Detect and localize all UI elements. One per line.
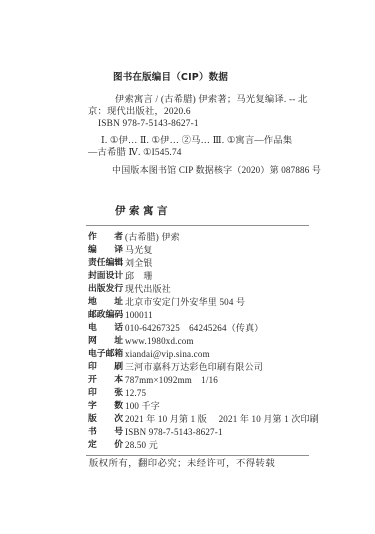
cip-block: 图书在版编目（CIP）数据 伊索寓言 / (古希腊) 伊索著；马光复编译. --…	[88, 72, 314, 176]
cip-isbn: ISBN 978-7-5143-8627-1	[88, 118, 314, 130]
colophon-label: 封面设计	[88, 270, 123, 283]
copyright-notice: 版权所有，翻印必究；未经许可，不得转载	[89, 458, 275, 471]
book-title: 伊索寓言	[88, 205, 171, 218]
colophon-row-author: 作者 (古希腊) 伊索	[88, 231, 314, 244]
colophon-value: 三河市嘉科万达彩色印刷有限公司	[125, 361, 314, 374]
colophon-label: 印张	[88, 387, 123, 400]
colophon-value: xiandai@vip.sina.com	[125, 348, 314, 361]
colophon-label: 开本	[88, 374, 123, 387]
colophon-label: 电子邮箱	[88, 348, 123, 361]
colophon-row-publisher: 出版发行 现代出版社	[88, 283, 314, 296]
colophon-value: 马光复	[125, 244, 314, 257]
cip-classification-line2: —古希腊 Ⅳ. ①I545.74	[88, 147, 314, 159]
colophon-label: 编译	[88, 244, 123, 257]
colophon-label: 定价	[88, 439, 123, 452]
colophon-row-address: 地址 北京市安定门外安华里 504 号	[88, 296, 314, 309]
cip-description-line1: 伊索寓言 / (古希腊) 伊索著；马光复编译. -- 北	[88, 94, 314, 106]
colophon-label: 作者	[88, 231, 123, 244]
colophon-value: 100011	[125, 309, 314, 322]
footer-divider	[86, 455, 309, 456]
colophon-label: 出版发行	[88, 283, 123, 296]
colophon-label: 书号	[88, 426, 123, 439]
colophon-row-word-count: 字数 100 千字	[88, 400, 314, 413]
colophon-value: 现代出版社	[125, 283, 314, 296]
colophon-value: www.1980xd.com	[125, 335, 314, 348]
colophon-row-translator: 编译 马光复	[88, 244, 314, 257]
colophon-row-edition: 版次 2021 年 10 月第 1 版 2021 年 10 月第 1 次印刷	[88, 413, 314, 426]
cip-description-line2: 京：现代出版社，2020.6	[88, 106, 314, 118]
colophon-label: 电话	[88, 322, 123, 335]
colophon-value: 787mm×1092mm 1/16	[125, 374, 314, 387]
colophon-value: 北京市安定门外安华里 504 号	[125, 296, 314, 309]
colophon-row-website: 网址 www.1980xd.com	[88, 335, 314, 348]
colophon-label: 字数	[88, 400, 123, 413]
cip-header: 图书在版编目（CIP）数据	[88, 72, 314, 84]
colophon-row-format: 开本 787mm×1092mm 1/16	[88, 374, 314, 387]
colophon-table: 作者 (古希腊) 伊索 编译 马光复 责任编辑 刘全银 封面设计 邱 珊 出版发…	[88, 231, 314, 452]
cip-classification-line1: Ⅰ. ①伊… Ⅱ. ①伊… ②马… Ⅲ. ①寓言—作品集	[88, 135, 314, 147]
colophon-value: 刘全银	[125, 257, 314, 270]
colophon-row-price: 定价 28.50 元	[88, 439, 314, 452]
colophon-value: ISBN 978-7-5143-8627-1	[125, 426, 314, 439]
colophon-row-postcode: 邮政编码 100011	[88, 309, 314, 322]
colophon-value: 28.50 元	[125, 439, 314, 452]
colophon-label: 版次	[88, 413, 123, 426]
colophon-value: (古希腊) 伊索	[125, 231, 314, 244]
colophon-label: 邮政编码	[88, 309, 123, 322]
title-divider	[86, 225, 309, 226]
colophon-row-email: 电子邮箱 xiandai@vip.sina.com	[88, 348, 314, 361]
colophon-label: 印刷	[88, 361, 123, 374]
colophon-value: 2021 年 10 月第 1 版 2021 年 10 月第 1 次印刷	[125, 413, 319, 426]
colophon-label: 地址	[88, 296, 123, 309]
colophon-value: 010-64267325 64245264（传真）	[125, 322, 314, 335]
colophon-row-sheets: 印张 12.75	[88, 387, 314, 400]
copyright-page: 图书在版编目（CIP）数据 伊索寓言 / (古希腊) 伊索著；马光复编译. --…	[0, 0, 375, 534]
colophon-label: 责任编辑	[88, 257, 123, 270]
colophon-row-cover-design: 封面设计 邱 珊	[88, 270, 314, 283]
colophon-label: 网址	[88, 335, 123, 348]
cip-record-number: 中国版本图书馆 CIP 数据核字（2020）第 087886 号	[88, 164, 314, 176]
colophon-row-phone: 电话 010-64267325 64245264（传真）	[88, 322, 314, 335]
colophon-value: 12.75	[125, 387, 314, 400]
colophon-value: 100 千字	[125, 400, 314, 413]
colophon-value: 邱 珊	[125, 270, 314, 283]
colophon-row-editor: 责任编辑 刘全银	[88, 257, 314, 270]
colophon-row-isbn: 书号 ISBN 978-7-5143-8627-1	[88, 426, 314, 439]
colophon-row-printer: 印刷 三河市嘉科万达彩色印刷有限公司	[88, 361, 314, 374]
